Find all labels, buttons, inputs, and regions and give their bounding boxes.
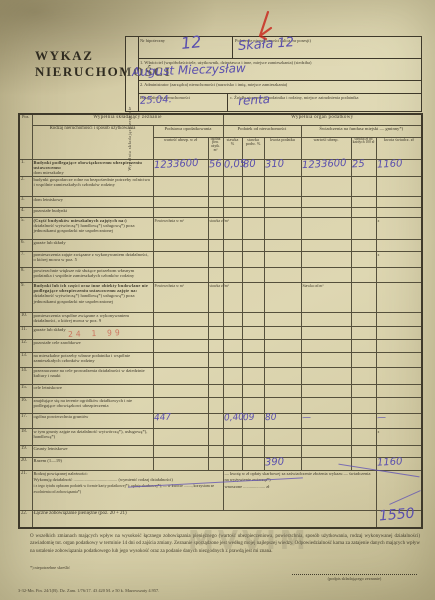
row-cell: [351, 397, 376, 413]
row-cell: [376, 384, 422, 397]
table-row: 12.pozostałe cele zarobkowe: [19, 339, 422, 352]
table-row: 3.dom letniskowy: [19, 196, 422, 207]
row-cell: 25: [351, 159, 376, 176]
row-number: 20.: [19, 457, 32, 470]
row-cell: —: [301, 413, 351, 428]
row-cell: [242, 217, 264, 239]
row-label-text: cele letniskowe: [34, 385, 152, 391]
row-cell: [264, 339, 301, 352]
row-cell: [242, 251, 264, 267]
row-cell: [301, 352, 351, 367]
row-label: (Część budynków mieszkalnych zajętych na…: [32, 217, 153, 239]
row-label: Razem (1—19): [32, 457, 153, 470]
row-cell: [223, 384, 242, 397]
row-cell: [351, 207, 376, 217]
red-date-stamp: 24 1 99: [68, 328, 123, 339]
row-cell: [351, 217, 376, 239]
filled-by-declarant-band: Wypełnia składający zeznanie: [32, 114, 223, 125]
row-cell: [301, 428, 351, 445]
handwritten-value: 25: [351, 158, 364, 170]
row-cell: [264, 326, 301, 339]
handwritten-value: 1160: [376, 456, 402, 468]
activity-row: 21. Rodzaj powiązanej należności: Wykonu…: [19, 470, 422, 510]
row-label: pozostałe budynki: [32, 207, 153, 217]
row-cell: Stawka od m²: [301, 282, 351, 312]
activity-left-cell: Rodzaj powiązanej należności: Wykonuję d…: [32, 470, 223, 510]
row-label-text: pomieszczenia wspólne związane z wykonyw…: [34, 313, 152, 324]
row-cell: [223, 239, 242, 251]
field-registry-number-label: Nr hipoteczny: [140, 38, 165, 43]
row-label: Budynki lub ich części oraz inne obiekty…: [32, 282, 153, 312]
row-label-text: znajdujące się na terenie ogródków dział…: [34, 398, 152, 409]
row-number: 3.: [19, 196, 32, 207]
table-row: 6.garaże lub składy: [19, 239, 422, 251]
col-rate-pct: stawka %: [223, 137, 242, 159]
row-cell: [223, 251, 242, 267]
row-cell: [242, 352, 264, 367]
row-cell: [301, 312, 351, 326]
scanned-form-page: WYKAZ NIERUCHOMOŚCI Wypełnia składający …: [0, 0, 435, 600]
row-cell: [208, 445, 223, 457]
row-label-text: powierzchnie większe niż służące potrzeb…: [34, 268, 152, 279]
activity-right-line2: wnoszone .................... zł: [225, 484, 375, 491]
col-insured-value: wartość ubezp. w zł: [153, 137, 208, 159]
row-cell: 0,05: [223, 159, 242, 176]
col-raised-rate: stawka podw. %: [242, 137, 264, 159]
row-cell: [351, 384, 376, 397]
row-cell: 1160: [376, 457, 422, 470]
row-cell: [242, 445, 264, 457]
row-cell: [242, 367, 264, 384]
row-number: 2.: [19, 176, 32, 196]
table-row: 8.powierzchnie większe niż służące potrz…: [19, 267, 422, 282]
handwritten-value: —: [376, 412, 386, 422]
row-cell: [264, 207, 301, 217]
row-number: 4.: [19, 207, 32, 217]
row-cell: [264, 282, 301, 312]
row-label-text: pozostałe cele zarobkowe: [34, 340, 152, 346]
row-cell: [242, 339, 264, 352]
row-cell: [376, 352, 422, 367]
row-cell: [242, 326, 264, 339]
row-number: 13.: [19, 352, 32, 367]
activity-right-cell: — kwotę w zł opłaty skarbowej za zaświad…: [223, 470, 376, 510]
row-label-text: przeznaczone na cele prowadzenia działal…: [34, 368, 152, 379]
row-label: budynki gospodarcze rolne na bezpośredni…: [32, 176, 153, 196]
row-cell: [301, 267, 351, 282]
handwritten-value: 1160: [376, 158, 402, 170]
row-cell: [264, 239, 301, 251]
row-label: Grunty letniskowe: [32, 445, 153, 457]
row-cell: [153, 352, 208, 367]
col-total-area: ogólna pow. użytk. m²: [208, 137, 223, 159]
red-pen-mark: [252, 10, 278, 44]
printed-note: stawka zł/m²: [210, 284, 229, 288]
field-acquisition-date-label: Data nabycia nieruchomości: [140, 95, 190, 100]
row-label: ogólna powierzchnia gruntów: [32, 413, 153, 428]
row-cell: [301, 397, 351, 413]
col-tax-amount: kwota podatku: [264, 137, 301, 159]
row-cell: [208, 428, 223, 445]
row-cell: 1160: [376, 159, 422, 176]
row-cell: [351, 251, 376, 267]
row-number: 16.: [19, 397, 32, 413]
row-cell: [242, 397, 264, 413]
row-label-text: na mieszkalne potrzeby własne podatnika …: [34, 353, 152, 364]
row-cell: [208, 457, 223, 470]
row-cell: [242, 267, 264, 282]
row-cell: [223, 196, 242, 207]
filled-by-tax-office-band: Wypełnia organ podatkowy: [223, 114, 422, 125]
row-cell: [264, 428, 301, 445]
row-cell: 56: [208, 159, 223, 176]
handwritten-value: 56: [208, 158, 221, 170]
row-cell: [223, 367, 242, 384]
row-cell: [223, 207, 242, 217]
row-label: przeznaczone na cele prowadzenia działal…: [32, 367, 153, 384]
row-cell: [376, 267, 422, 282]
handwritten-value: 0,40: [223, 412, 244, 423]
table-row: 4.pozostałe budynki: [19, 207, 422, 217]
row-cell: [351, 267, 376, 282]
row-label-text: działalność wytwórczą*) handlową*) usług…: [34, 223, 152, 234]
row-cell: [223, 339, 242, 352]
row-cell: [301, 217, 351, 239]
row-label: na mieszkalne potrzeby własne podatnika …: [32, 352, 153, 367]
row-label-text: ogólna powierzchnia gruntów: [34, 414, 152, 420]
row-cell: 1233600: [153, 159, 208, 176]
row-number: 5.: [19, 217, 32, 239]
row-number: 17.: [19, 413, 32, 428]
row-cell: [153, 457, 208, 470]
handwritten-value: 09: [242, 412, 254, 423]
col-rate-per-100: stawka zł od każdych 100 zł: [351, 137, 376, 159]
row-cell: [223, 428, 242, 445]
row-group-header: Budynki podlegające obowiązkowemu ubezpi…: [34, 160, 152, 171]
field-administrator-label: 2. Administrator (zarządca) nieruchomośc…: [140, 82, 287, 87]
row-number: 6.: [19, 239, 32, 251]
row-cell: [376, 397, 422, 413]
row-cell: [208, 352, 223, 367]
row-label: cele letniskowe: [32, 384, 153, 397]
row-cell: [223, 457, 242, 470]
row-cell: [208, 367, 223, 384]
row-cell: [264, 251, 301, 267]
row-cell: 80: [242, 159, 264, 176]
row-number: 18.: [19, 428, 32, 445]
table-row: 2.budynki gospodarcze rolne na bezpośred…: [19, 176, 422, 196]
row-cell: [153, 428, 208, 445]
row-label: powierzchnie większe niż służące potrzeb…: [32, 267, 153, 282]
row-cell: 1233600: [301, 159, 351, 176]
row-cell: [242, 196, 264, 207]
row-cell: [376, 367, 422, 384]
form-print-code: 3-32-Mn. Fin. 24/1(B). Dz. Zam. 1/76/17.…: [18, 588, 159, 593]
row-label: garaże lub składy: [32, 239, 153, 251]
footnote: *) niepotrzebne skreślić: [30, 565, 70, 570]
row-cell: [223, 352, 242, 367]
row-cell: [153, 312, 208, 326]
row-label-text: pozostałe budynki: [34, 208, 152, 214]
handwritten-value: 310: [264, 158, 284, 170]
row-cell: [301, 384, 351, 397]
row-number: 8.: [19, 267, 32, 282]
row-cell: [208, 176, 223, 196]
printed-note: Powierzchnia w m²: [155, 284, 184, 288]
row-cell: [208, 251, 223, 267]
row-cell: [301, 196, 351, 207]
activity-line1: Rodzaj powiązanej należności:: [34, 471, 222, 478]
row-cell: —: [376, 413, 422, 428]
row-cell: x: [376, 251, 422, 267]
table-row: 15.cele letniskowe: [19, 384, 422, 397]
table-row: 7.pomieszczenia zajęte związane z wykony…: [19, 251, 422, 267]
row-cell: 09: [242, 413, 264, 428]
row-cell: [264, 384, 301, 397]
row-number: 11.: [19, 326, 32, 339]
row-number: 12.: [19, 339, 32, 352]
row-cell: [223, 397, 242, 413]
table-row: 16.znajdujące się na terenie ogródków dz…: [19, 397, 422, 413]
group-tax-base: Podstawa opodatkowania: [153, 125, 223, 137]
row-cell: [223, 312, 242, 326]
row-cell: [208, 267, 223, 282]
row-cell: [153, 397, 208, 413]
signature-line: (podpis składającego zeznanie): [292, 574, 417, 581]
row-label-text: działalność wytwórczą*) handlową*) usług…: [34, 293, 152, 304]
row-cell: [376, 445, 422, 457]
row-cell: [376, 326, 422, 339]
row-cell: [351, 312, 376, 326]
row-number: 15.: [19, 384, 32, 397]
row-cell: [208, 413, 223, 428]
row-cell: [351, 339, 376, 352]
row-cell: [301, 239, 351, 251]
scan-watermark: MVVIM: [188, 526, 310, 556]
col-poz: Poz.: [19, 114, 32, 159]
row-number: 22.: [19, 510, 32, 528]
printed-note: x: [378, 219, 380, 223]
group-municipal-fund: Świadczenia na fundusz miejski — gminny*…: [301, 125, 422, 137]
row-number: 19.: [19, 445, 32, 457]
activity-line3: i z tego tytułu opłacam podatek w formie…: [34, 484, 222, 496]
row-cell: [153, 384, 208, 397]
row-label: znajdujące się na terenie ogródków dział…: [32, 397, 153, 413]
printed-note: Stawka od m²: [303, 284, 324, 288]
field-acquisition-date: Data nabycia nieruchomości: [138, 94, 228, 111]
row-cell: [351, 196, 376, 207]
field-owner-label: 1. Właściciel (współwłaściciele, użytkow…: [140, 60, 311, 65]
row-cell: x: [376, 428, 422, 445]
row-cell: [223, 267, 242, 282]
table-row: 19.Grunty letniskowe: [19, 445, 422, 457]
table-row: 1.Budynki podlegające obowiązkowemu ubez…: [19, 159, 422, 176]
row-cell: [351, 352, 376, 367]
row-cell: [242, 457, 264, 470]
row-cell: [208, 312, 223, 326]
table-row: 18.w tym grunty zajęte na działalność wy…: [19, 428, 422, 445]
row-cell: [242, 207, 264, 217]
row-cell: [301, 339, 351, 352]
row-cell: [376, 207, 422, 217]
row-cell: [301, 445, 351, 457]
row-cell: [153, 196, 208, 207]
row-cell: [208, 196, 223, 207]
handwritten-value: —: [301, 412, 311, 422]
row-label: pomieszczenia wspólne związane z wykonyw…: [32, 312, 153, 326]
row-cell: 310: [264, 159, 301, 176]
row-label-text: dom mieszkalny: [34, 170, 152, 176]
handwritten-value: 1233600: [301, 157, 346, 170]
row-cell: 0,40: [223, 413, 242, 428]
table-row: 17.ogólna powierzchnia gruntów4470,40098…: [19, 413, 422, 428]
field-administrator: 2. Administrator (zarządca) nieruchomośc…: [138, 81, 421, 94]
row-cell: [264, 196, 301, 207]
row-cell: x: [376, 217, 422, 239]
printed-note: stawka zł/m²: [210, 219, 229, 223]
row-cell: [376, 312, 422, 326]
row-number: 7.: [19, 251, 32, 267]
row-cell: [242, 239, 264, 251]
table-row: 5.(Część budynków mieszkalnych zajętych …: [19, 217, 422, 239]
printed-note: x: [378, 253, 380, 257]
row-label-text: Razem (1—19): [34, 458, 152, 464]
table-row: 10.pomieszczenia wspólne związane z wyko…: [19, 312, 422, 326]
row-cell: [351, 176, 376, 196]
row-cell: [153, 239, 208, 251]
handwritten-value: 80: [242, 158, 255, 170]
row-label: pozostałe cele zarobkowe: [32, 339, 153, 352]
row-label: Budynki podlegające obowiązkowemu ubezpi…: [32, 159, 153, 176]
handwritten-value: 447: [153, 412, 171, 423]
row-cell: [301, 207, 351, 217]
row-cell: [351, 367, 376, 384]
row-cell: [208, 339, 223, 352]
field-owner: 1. Właściciel (współwłaściciele, użytkow…: [138, 59, 421, 81]
group-property-tax: Podatek od nieruchomości: [223, 125, 301, 137]
row-number: 21.: [19, 470, 32, 510]
row-number: 1.: [19, 159, 32, 176]
row-label-text: dom letniskowy: [34, 197, 152, 203]
row-cell: [153, 207, 208, 217]
row-cell: [242, 312, 264, 326]
row-label: pomieszczenia zajęte związane z wykonywa…: [32, 251, 153, 267]
table-row: 13.na mieszkalne potrzeby własne podatni…: [19, 352, 422, 367]
row-cell: [351, 445, 376, 457]
printed-note: Powierzchnia w m²: [155, 219, 184, 223]
row-cell: Powierzchnia w m²: [153, 217, 208, 239]
table-row: 14.przeznaczone na cele prowadzenia dzia…: [19, 367, 422, 384]
row-cell: [153, 367, 208, 384]
row-cell: [351, 239, 376, 251]
handwritten-value: 1233600: [153, 157, 198, 170]
row-cell: [208, 326, 223, 339]
row-number: 14.: [19, 367, 32, 384]
row-cell: [264, 176, 301, 196]
row-cell: [351, 413, 376, 428]
printed-note: x: [378, 430, 380, 434]
row-cell: [242, 282, 264, 312]
row-cell: [208, 239, 223, 251]
table-row: 9.Budynki lub ich części oraz inne obiek…: [19, 282, 422, 312]
field-income-source-label: c. Źródła utrzymania podatnika i rodziny…: [230, 95, 358, 100]
row-cell: [376, 239, 422, 251]
row-cell: [264, 397, 301, 413]
row-number: 10.: [19, 312, 32, 326]
col-contribution-amount: kwota świadcz. zł: [376, 137, 422, 159]
row-cell: [153, 267, 208, 282]
row-cell: 80: [264, 413, 301, 428]
field-income-source: c. Źródła utrzymania podatnika i rodziny…: [228, 94, 421, 111]
row-label-text: pomieszczenia zajęte związane z wykonywa…: [34, 252, 152, 263]
row-cell: [351, 326, 376, 339]
row-cell: [351, 428, 376, 445]
row-cell: [264, 367, 301, 384]
row-cell: [376, 282, 422, 312]
row-cell: [351, 282, 376, 312]
row-cell: [301, 326, 351, 339]
row-cell: [153, 176, 208, 196]
col-insured-value-2: wartość ubezp.: [301, 137, 351, 159]
row-cell: [208, 207, 223, 217]
row-cell: [301, 176, 351, 196]
row-cell: [242, 384, 264, 397]
row-cell: stawka zł/m²: [208, 217, 223, 239]
row-label-text: Grunty letniskowe: [34, 446, 152, 452]
row-cell: [264, 217, 301, 239]
row-cell: [153, 339, 208, 352]
row-cell: [376, 176, 422, 196]
row-cell: [208, 384, 223, 397]
row-cell: [153, 445, 208, 457]
row-label: dom letniskowy: [32, 196, 153, 207]
handwritten-value: 80: [264, 412, 276, 423]
row-cell: [242, 176, 264, 196]
row-cell: [264, 445, 301, 457]
row-label: w tym grunty zajęte na działalność wytwó…: [32, 428, 153, 445]
header-box: Wypełnia składający zeznanie Nr hipotecz…: [125, 36, 422, 112]
row-cell: 447: [153, 413, 208, 428]
handwritten-value: 390: [264, 456, 284, 468]
row-label-text: w tym grunty zajęte na działalność wytwó…: [34, 429, 152, 440]
row-cell: [153, 251, 208, 267]
col-property-type: Rodzaj nieruchomości i sposób użytkowani…: [32, 125, 153, 159]
row-cell: [264, 312, 301, 326]
row-cell: Powierzchnia w m²: [153, 282, 208, 312]
row-cell: [376, 339, 422, 352]
row-cell: [301, 367, 351, 384]
row-label-text: garaże lub składy: [34, 240, 152, 246]
row-number: 9.: [19, 282, 32, 312]
row-group-header: Budynki lub ich części oraz inne obiekty…: [34, 283, 152, 294]
field-registry-number: Nr hipoteczny: [138, 37, 233, 59]
row-cell: [223, 326, 242, 339]
row-cell: [153, 326, 208, 339]
total-amount-cell: 1550: [376, 510, 422, 528]
row-cell: [264, 267, 301, 282]
row-cell: stawka zł/m²: [208, 282, 223, 312]
row-cell: [264, 352, 301, 367]
row-cell: [242, 428, 264, 445]
row-cell: [223, 445, 242, 457]
row-cell: [376, 196, 422, 207]
row-cell: [301, 251, 351, 267]
row-label-text: budynki gospodarcze rolne na bezpośredni…: [34, 177, 152, 188]
row-cell: [223, 176, 242, 196]
row-cell: 390: [264, 457, 301, 470]
row-cell: [208, 397, 223, 413]
